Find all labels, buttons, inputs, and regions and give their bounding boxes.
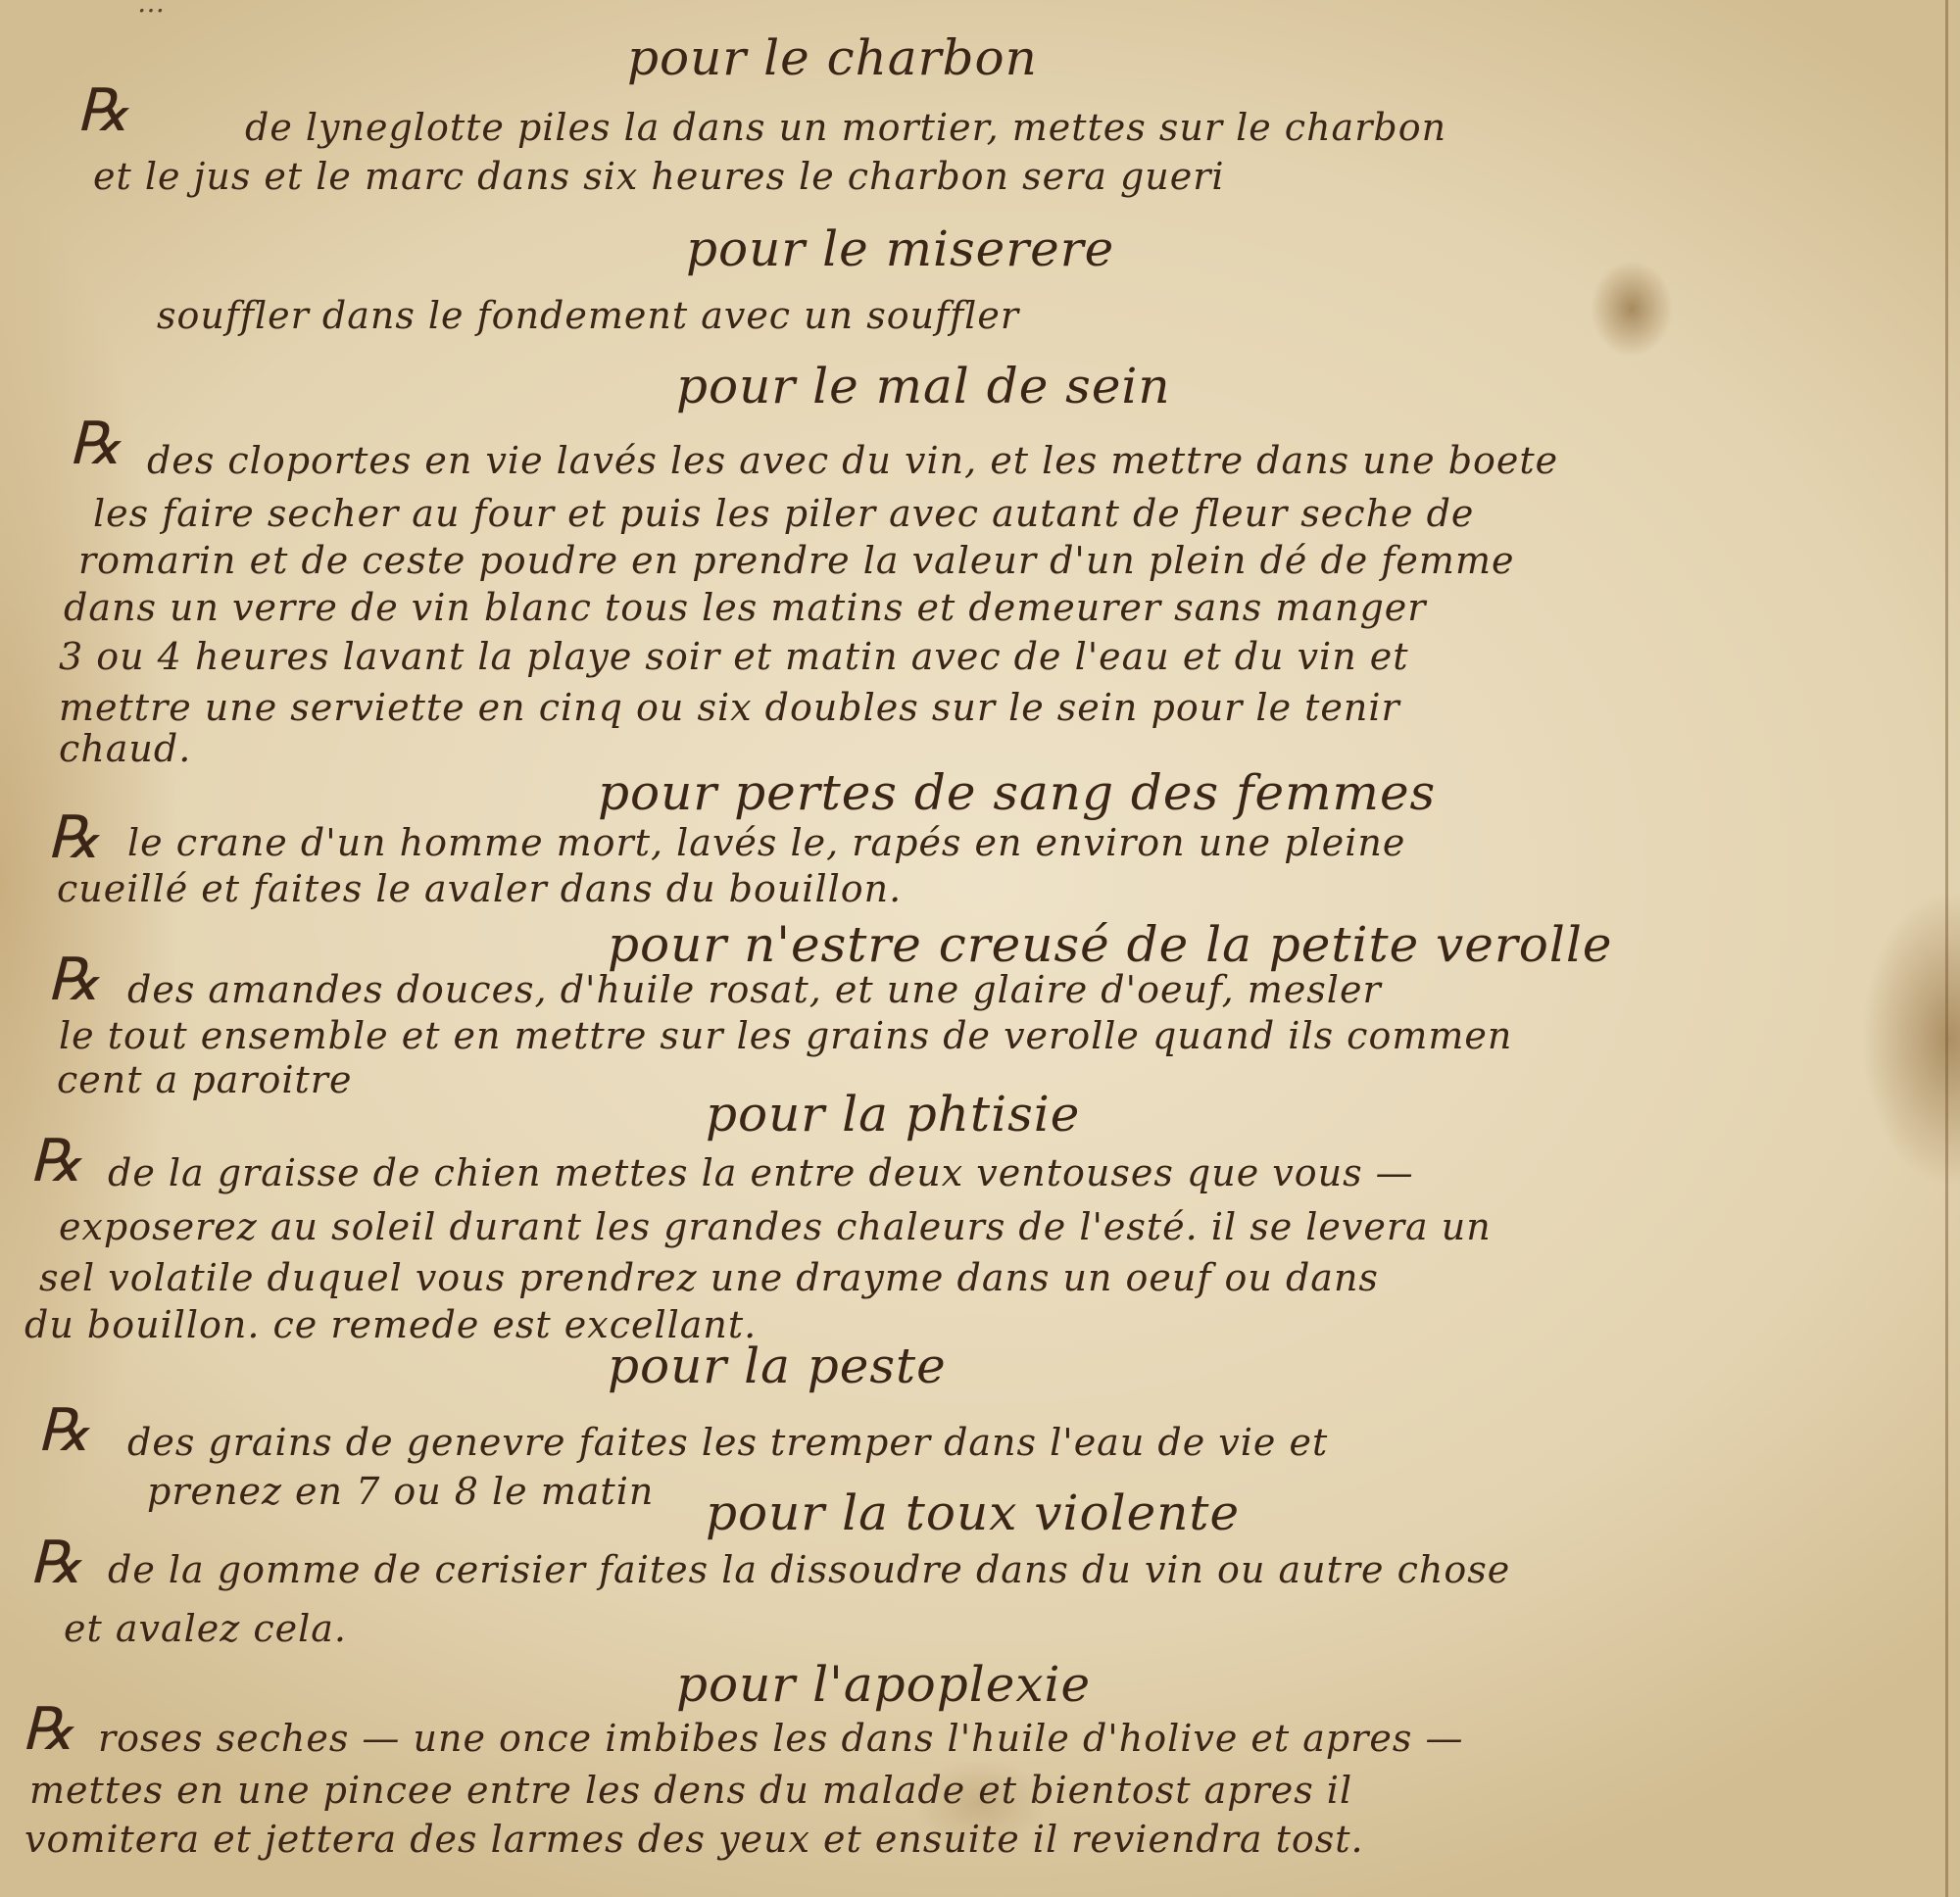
text-line: prenez en 7 ou 8 le matin [147,1470,654,1513]
text-line: cueillé et faites le avaler dans du boui… [57,867,902,910]
rx-symbol: ℞ [37,1396,90,1465]
rx-symbol: ℞ [47,803,100,872]
rx-symbol: ℞ [29,1127,82,1195]
text-line: des amandes douces, d'huile rosat, et un… [127,968,1382,1011]
text-line: et le jus et le marc dans six heures le … [93,155,1225,198]
rx-symbol: ℞ [22,1695,74,1764]
text-line: mettre une serviette en cinq ou six doub… [59,686,1400,729]
text-line: cent a paroitre [57,1058,352,1101]
text-line: le tout ensemble et en mettre sur les gr… [59,1014,1512,1057]
heading-phtisie: pour la phtisie [706,1086,1080,1143]
heading-pertes-de-sang: pour pertes de sang des femmes [598,764,1436,821]
text-line: des grains de genevre faites les tremper… [127,1421,1328,1464]
text-line: 3 ou 4 heures lavant la playe soir et ma… [59,635,1409,678]
heading-peste: pour la peste [608,1338,947,1394]
text-line: exposerez au soleil durant les grandes c… [59,1205,1492,1248]
heading-apoplexie: pour l'apoplexie [676,1656,1091,1713]
page-gutter [1945,0,1948,1897]
text-line: souffler dans le fondement avec un souff… [157,294,1019,337]
text-line: le crane d'un homme mort, lavés le, rapé… [127,821,1405,864]
heading-charbon: pour le charbon [627,29,1038,86]
heading-miserere: pour le miserere [686,220,1114,277]
text-line: et avalez cela. [64,1607,347,1650]
rx-symbol: ℞ [47,946,100,1014]
text-line: romarin et de ceste poudre en prendre la… [78,539,1514,582]
text-line: dans un verre de vin blanc tous les mati… [64,586,1426,629]
rx-symbol: ℞ [76,76,129,145]
text-line: sel volatile duquel vous prendrez une dr… [39,1256,1379,1299]
text-line: chaud. [59,727,191,770]
rx-symbol: ℞ [69,410,122,478]
manuscript-page: … pour le charbon ℞ de lyneglotte piles … [0,0,1960,1897]
heading-petite-verolle: pour n'estre creusé de la petite verolle [608,916,1612,973]
heading-mal-de-sein: pour le mal de sein [676,358,1171,414]
rx-symbol: ℞ [29,1529,82,1597]
text-line: mettes en une pincee entre les dens du m… [29,1769,1352,1812]
text-line: les faire secher au four et puis les pil… [93,492,1474,535]
text-line: roses seches — une once imbibes les dans… [98,1717,1463,1760]
text-line: de la gomme de cerisier faites la dissou… [108,1548,1510,1591]
top-cut-text: … [137,0,165,19]
text-line: de lyneglotte piles la dans un mortier, … [245,106,1446,149]
text-line: de la graisse de chien mettes la entre d… [108,1151,1414,1194]
text-line: vomitera et jettera des larmes des yeux … [24,1818,1364,1861]
heading-toux-violente: pour la toux violente [706,1484,1240,1541]
text-line: des cloportes en vie lavés les avec du v… [147,439,1558,482]
